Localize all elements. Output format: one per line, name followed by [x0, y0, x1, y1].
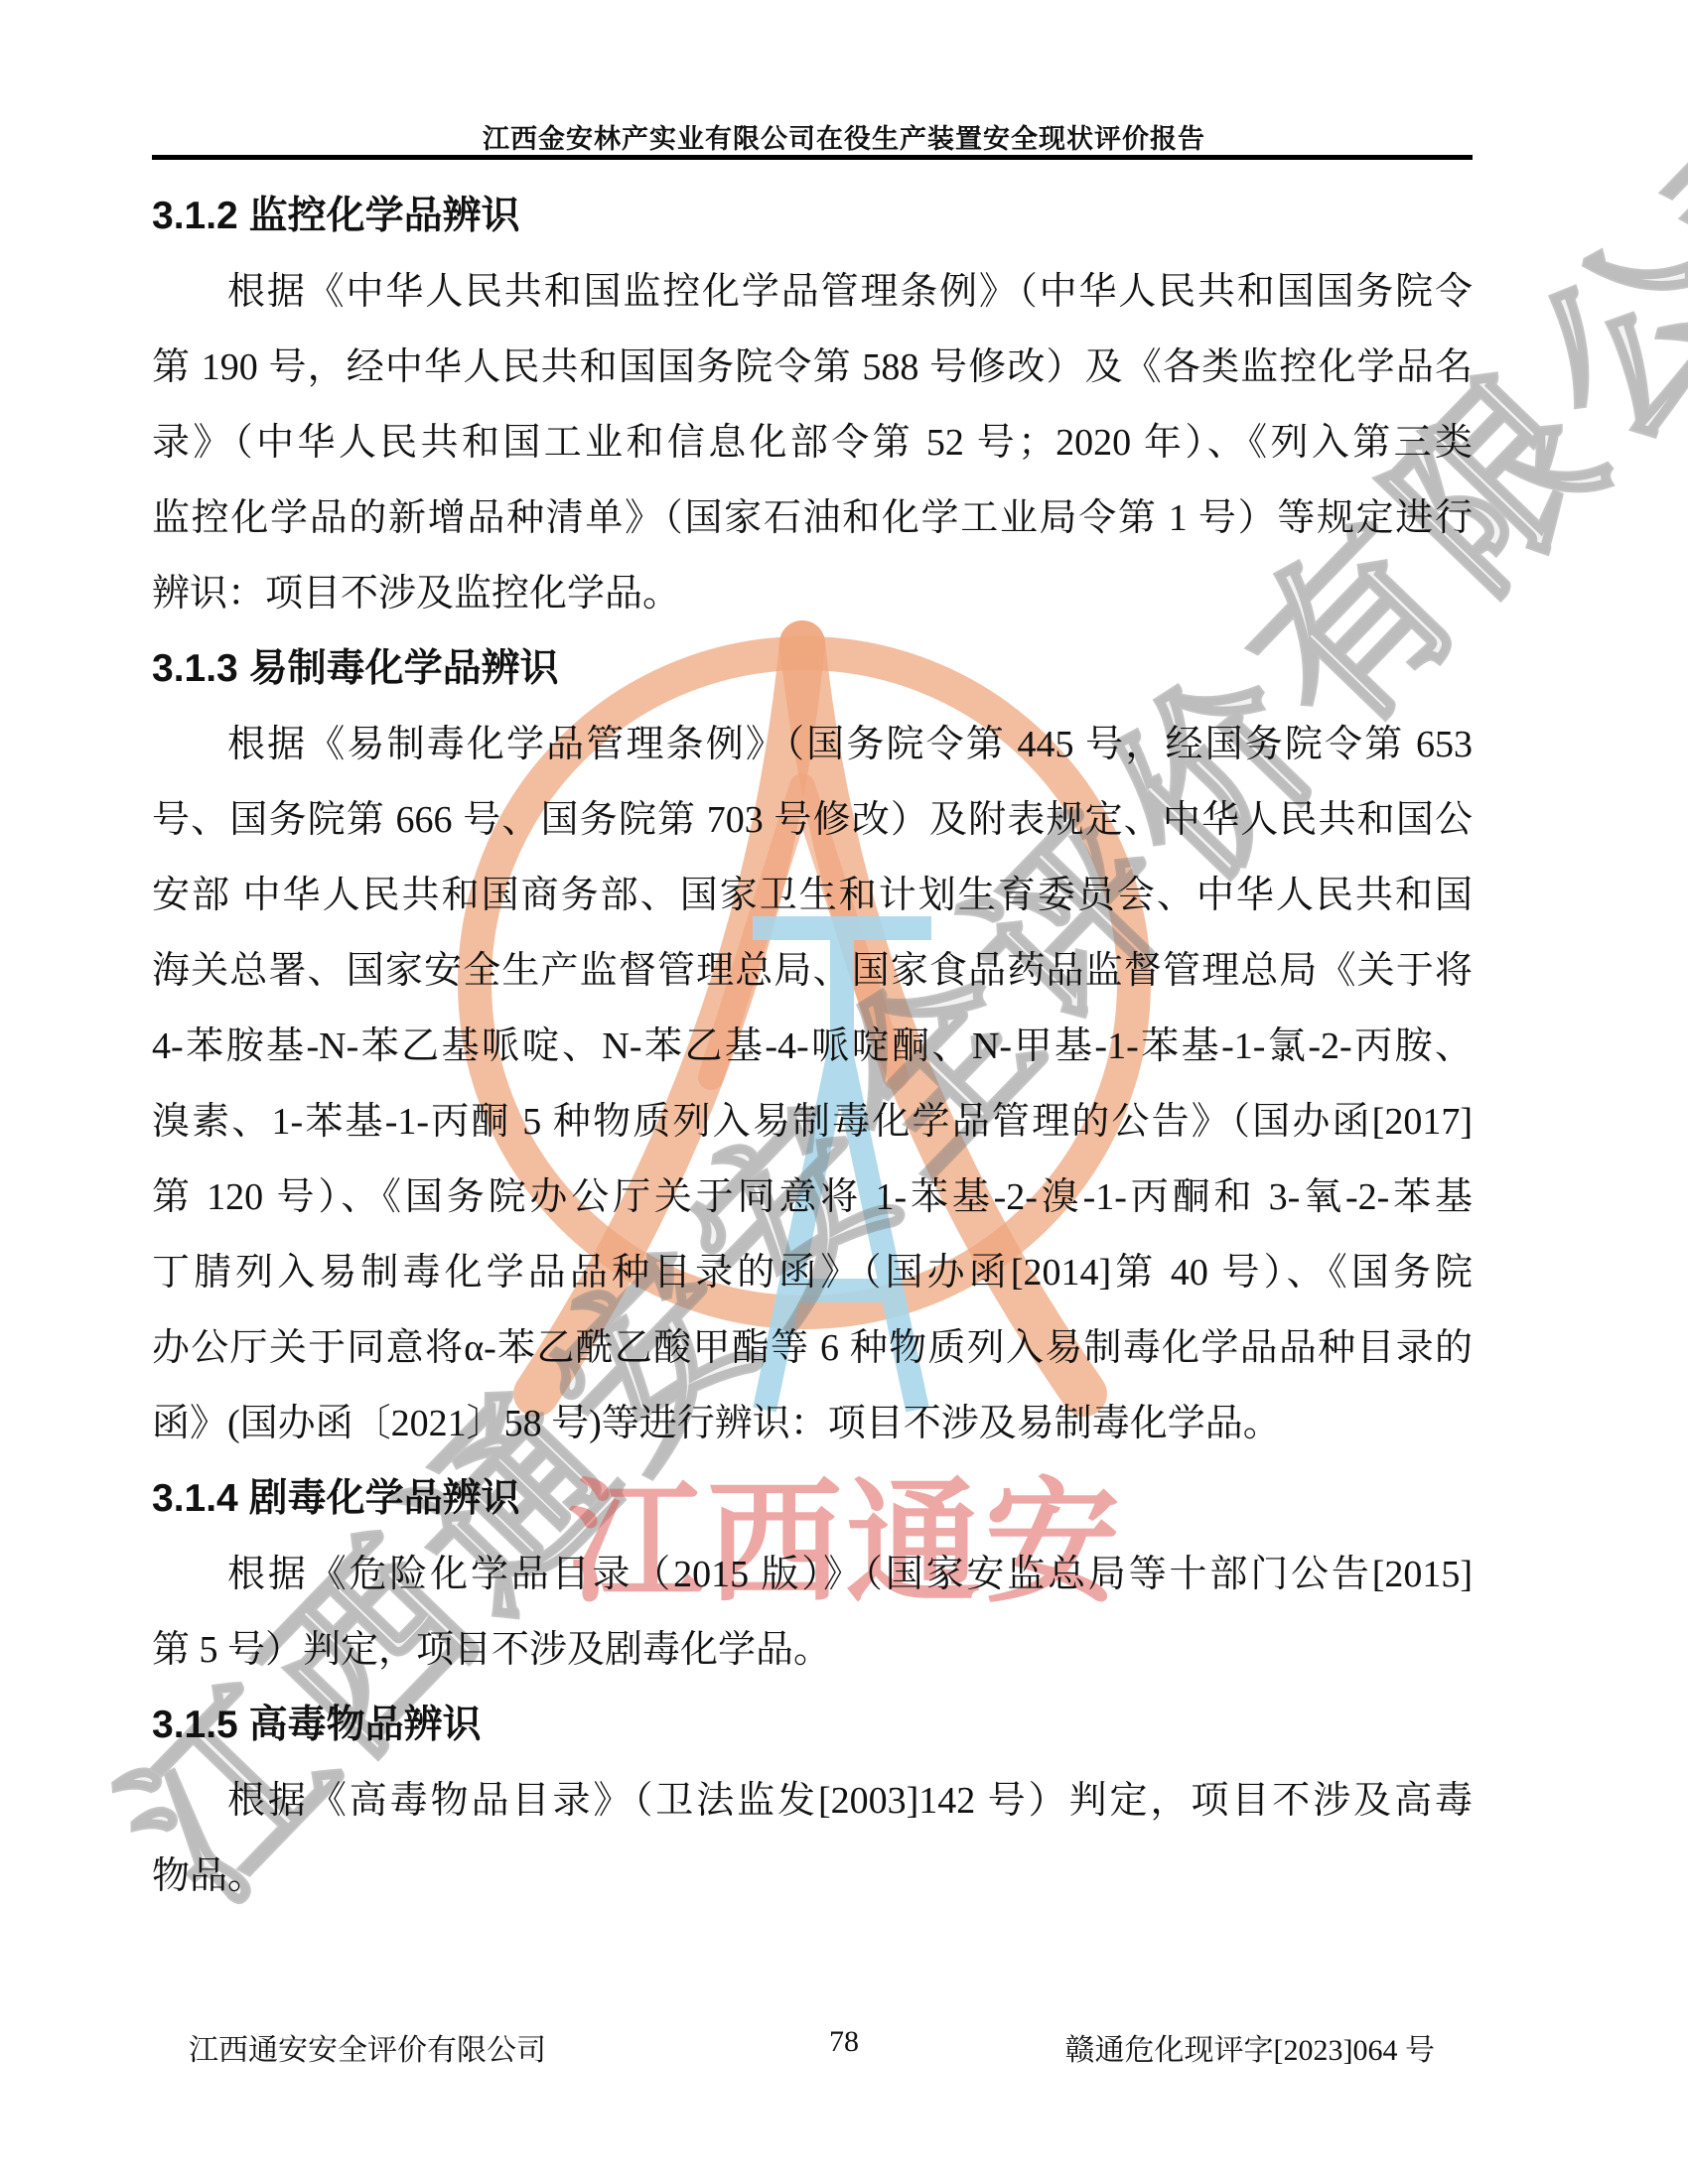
body-line: 监控化学品的新增品种清单》（国家石油和化学工业局令第 1 号）等规定进行 [152, 480, 1473, 556]
body-line: 根据《危险化学品目录（2015 版）》（国家安监总局等十部门公告[2015] [152, 1537, 1473, 1612]
header-rule [152, 155, 1473, 160]
page-footer: 江西通安安全评价有限公司 78 赣通危化现评字[2023]064 号 [0, 2025, 1688, 2065]
footer-doc-number: 赣通危化现评字[2023]064 号 [1065, 2025, 1435, 2069]
section-heading: 3.1.4 剧毒化学品辨识 [152, 1461, 1473, 1537]
body-line: 4-苯胺基-N-苯乙基哌啶、N-苯乙基-4-哌啶酮、N-甲基-1-苯基-1-氯-… [152, 1009, 1473, 1084]
body-line: 海关总署、国家安全生产监督管理总局、国家食品药品监督管理总局《关于将 [152, 933, 1473, 1009]
body-line: 辨识：项目不涉及监控化学品。 [152, 556, 1473, 631]
section-heading: 3.1.5 高毒物品辨识 [152, 1688, 1473, 1763]
body-line: 办公厅关于同意将α-苯乙酰乙酸甲酯等 6 种物质列入易制毒化学品品种目录的 [152, 1310, 1473, 1386]
body-line: 丁腈列入易制毒化学品品种目录的函》（国办函[2014]第 40 号）、《国务院 [152, 1235, 1473, 1310]
header-title: 江西金安林产实业有限公司在役生产装置安全现状评价报告 [0, 117, 1688, 156]
body-line: 第 5 号）判定，项目不涉及剧毒化学品。 [152, 1612, 1473, 1688]
body-line: 第 190 号，经中华人民共和国国务院令第 588 号修改）及《各类监控化学品名 [152, 330, 1473, 405]
body-line: 物品。 [152, 1839, 1473, 1914]
section-heading: 3.1.3 易制毒化学品辨识 [152, 631, 1473, 707]
body-line: 根据《高毒物品目录》（卫法监发[2003]142 号）判定，项目不涉及高毒 [152, 1763, 1473, 1839]
body-line: 第 120 号）、《国务院办公厅关于同意将 1-苯基-2-溴-1-丙酮和 3-氧… [152, 1160, 1473, 1235]
document-body: 3.1.2 监控化学品辨识根据《中华人民共和国监控化学品管理条例》（中华人民共和… [152, 179, 1473, 1914]
body-line: 溴素、1-苯基-1-丙酮 5 种物质列入易制毒化学品管理的公告》（国办函[201… [152, 1084, 1473, 1160]
footer-page-number: 78 [0, 2025, 1688, 2059]
body-line: 根据《易制毒化学品管理条例》（国务院令第 445 号，经国务院令第 653 [152, 707, 1473, 782]
body-line: 号、国务院第 666 号、国务院第 703 号修改）及附表规定、中华人民共和国公 [152, 782, 1473, 858]
section-heading: 3.1.2 监控化学品辨识 [152, 179, 1473, 254]
body-line: 安部 中华人民共和国商务部、国家卫生和计划生育委员会、中华人民共和国 [152, 858, 1473, 933]
body-line: 根据《中华人民共和国监控化学品管理条例》（中华人民共和国国务院令 [152, 254, 1473, 330]
body-line: 录》（中华人民共和国工业和信息化部令第 52 号；2020 年）、《列入第三类 [152, 405, 1473, 480]
document-page: 江西通安安全评价有限公司 江西通安 江西金安林产实业有限公司在役生产装置安全现状… [0, 0, 1688, 2184]
body-line: 函》(国办函〔2021〕58 号)等进行辨识：项目不涉及易制毒化学品。 [152, 1386, 1473, 1461]
